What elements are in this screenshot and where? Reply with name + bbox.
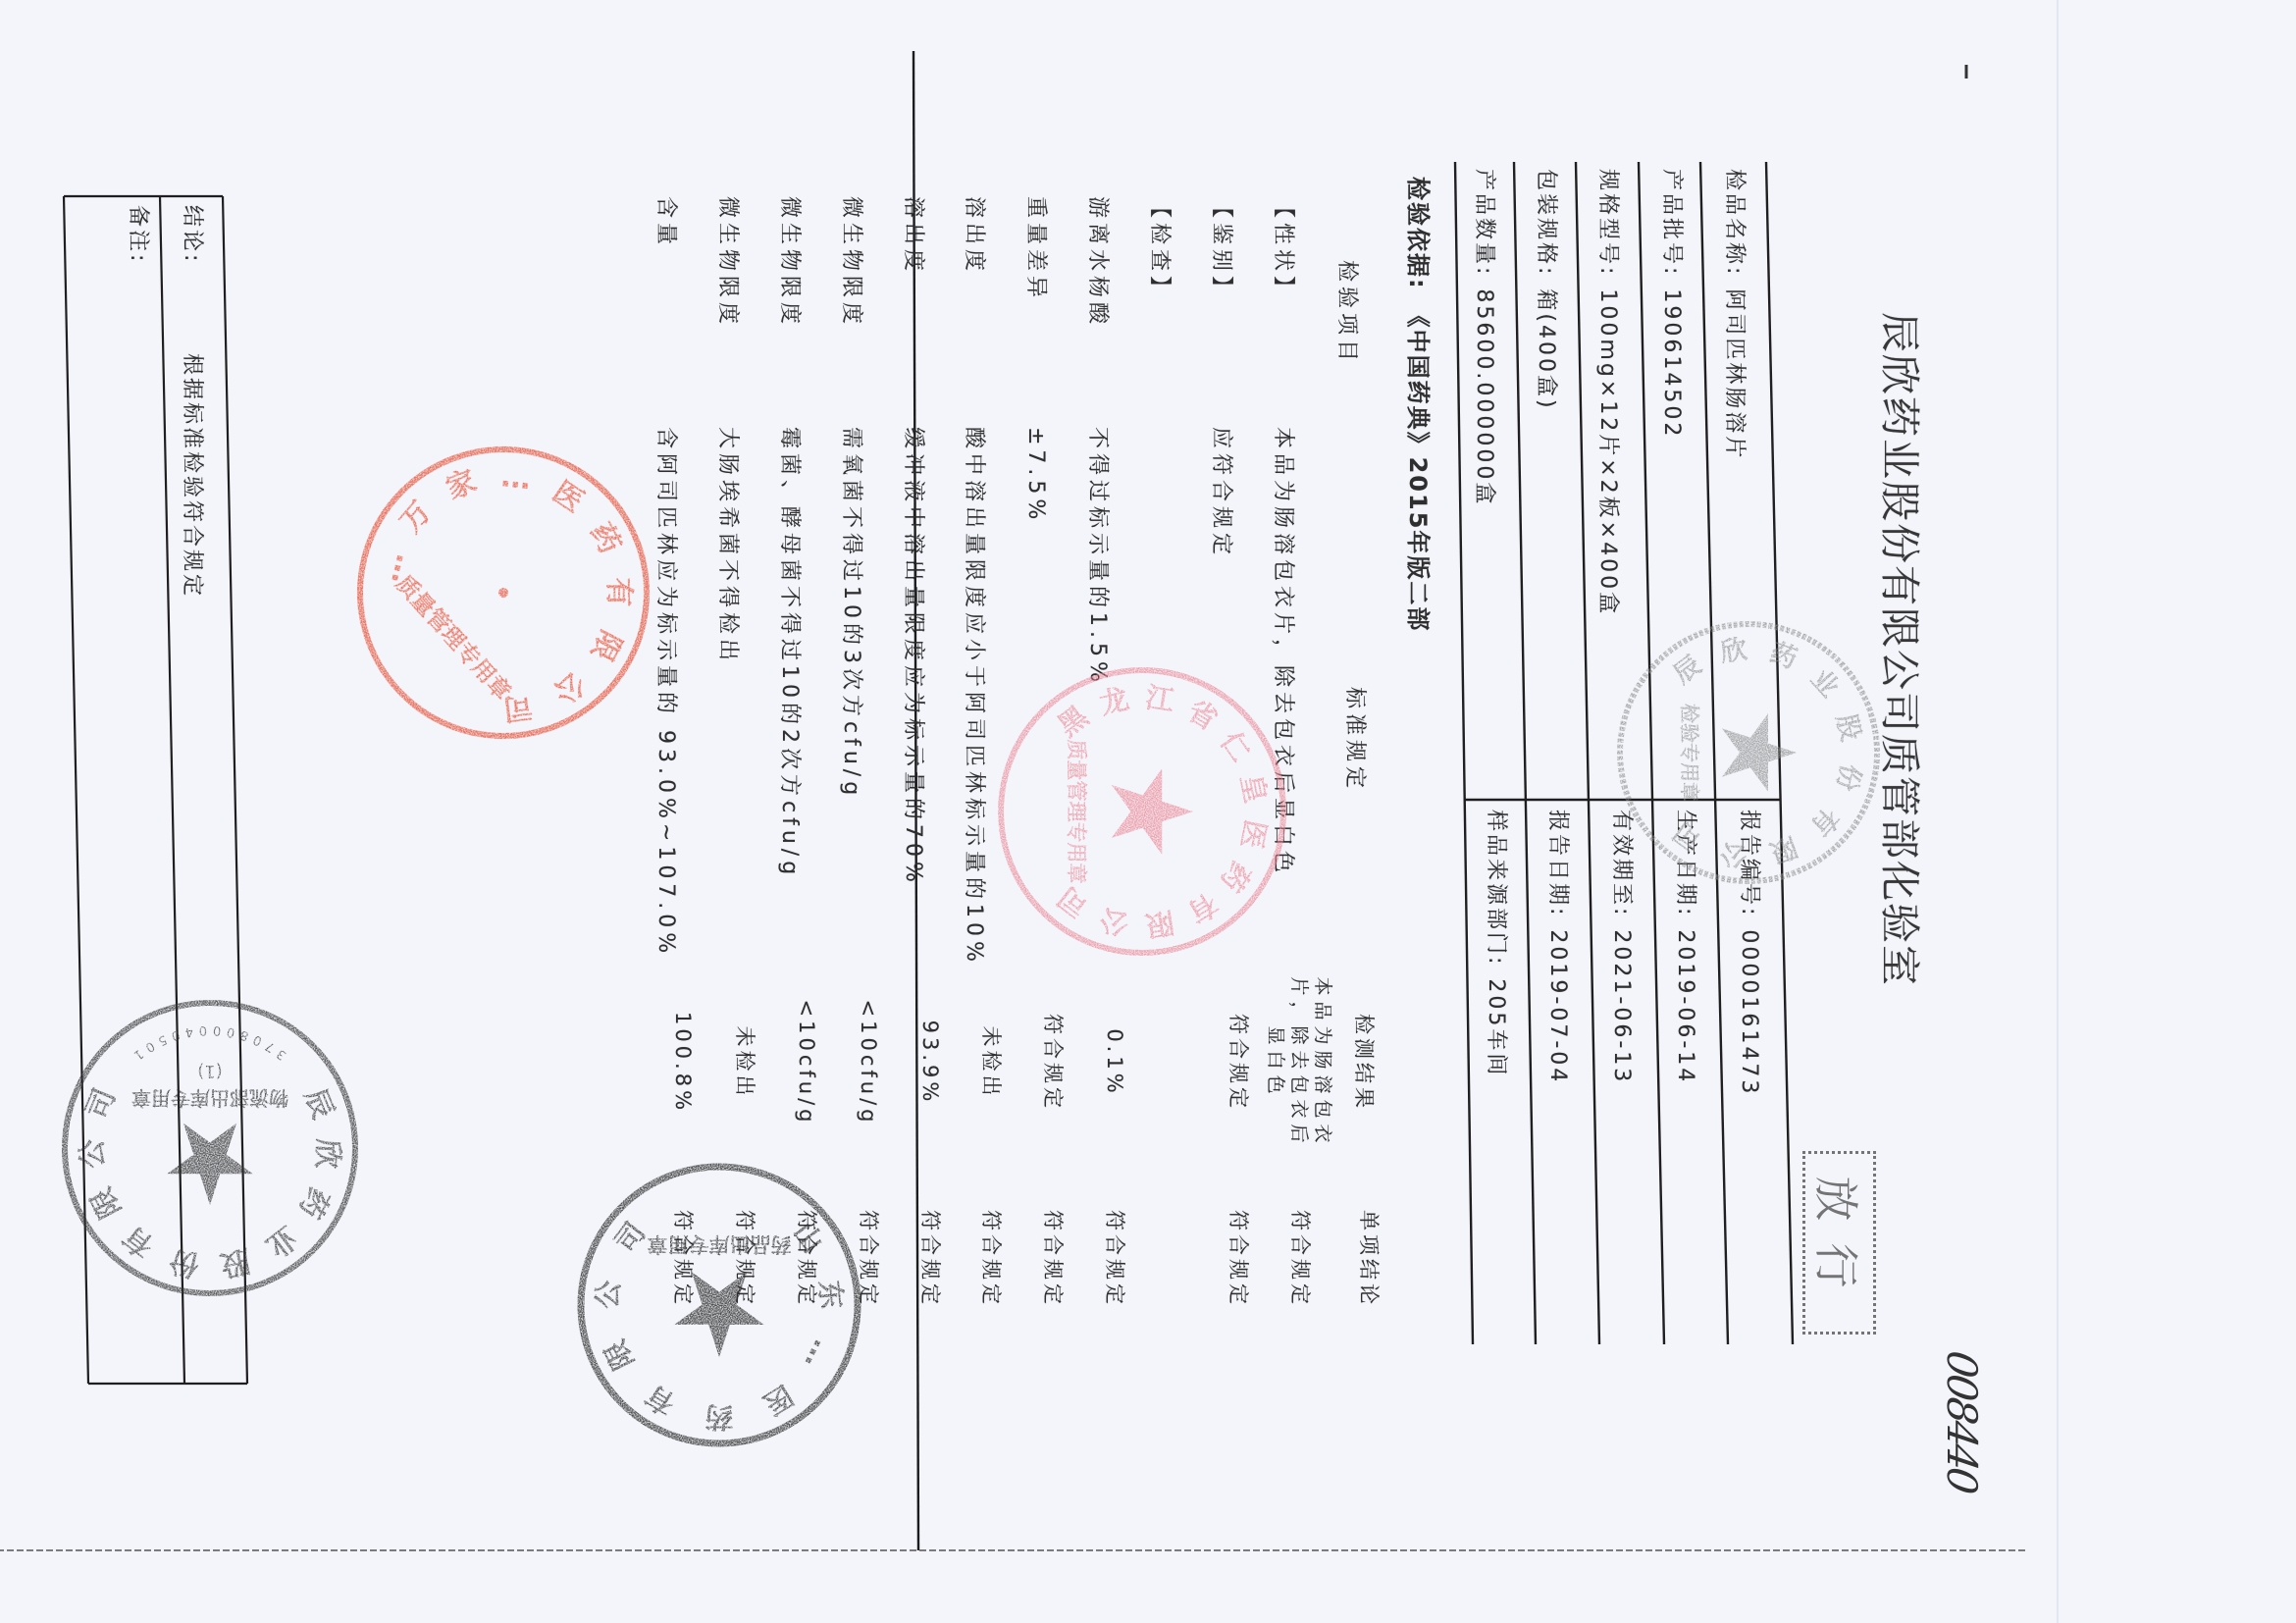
row-result: 100.8% [670,965,696,1161]
field-label: 规格型号: [1595,169,1620,277]
row-item: 【检查】 [1146,196,1172,302]
field-value: 2019-07-04 [1545,929,1570,1084]
row-result: 93.9% [917,965,943,1161]
row-result: <10cfu/g [856,965,881,1161]
row-result-line: 本品为肠溶包衣 [1311,965,1334,1161]
row-conclusion: 符合规定 [1040,1161,1066,1357]
field-value: 阿司匹林肠溶片 [1722,288,1747,460]
conclusion-value: 根据标准检验符合规定 [179,353,204,599]
row-item: 含量 [652,196,678,249]
row-item: 重量差异 [1022,196,1048,302]
row-conclusion: 符合规定 [1226,1161,1251,1357]
field-label: 检品名称: [1722,169,1747,277]
field-product-name: 检品名称:阿司匹林肠溶片 [1721,169,1747,460]
field-value: 85600.000000盒 [1472,288,1496,506]
field-report-date: 报告日期:2019-07-04 [1544,810,1570,1084]
row-item: 【性状】 [1270,196,1295,302]
row-standard: 缓冲液中溶出量限度应为标示量的70% [900,427,925,887]
row-result-line: 片，除去包衣后 [1287,965,1311,1161]
field-value: 2019-06-14 [1673,929,1697,1084]
column-header-standard: 标准规定 [1341,687,1367,793]
row-item: 游离水杨酸 [1084,196,1110,329]
stamp-code: 370800040501 [130,1022,289,1063]
row-result: 符合规定 [1226,965,1251,1161]
row-standard: 需氧菌不得过10的3次方cfu/g [838,427,863,800]
basis-value: 《中国药典》2015年版二部 [1404,304,1432,633]
field-quantity: 产品数量:85600.000000盒 [1471,169,1496,506]
row-conclusion: 符合规定 [978,1161,1004,1357]
row-result: 未检出 [732,965,757,1161]
row-item: 微生物限度 [838,196,863,329]
lab-stamp: 辰欣药业股份有限公司 检验专用章 [1606,610,1891,895]
field-label: 样品来源部门: [1484,810,1508,967]
row-standard: 酸中溶出量限度应小于阿司匹林标示量的10% [961,427,986,967]
row-item: 溶出度 [961,196,986,276]
stamp-center-text: 检验专用章 [1678,704,1701,802]
field-value: 箱(400盒) [1534,288,1558,410]
release-stamp-text: 放行 [1807,1177,1872,1310]
release-stamp: 放行 [1802,1151,1876,1335]
field-sample-source: 样品来源部门:205车间 [1483,810,1508,1077]
handwritten-number: 008440 [1937,1347,1986,1493]
row-item: 【鉴别】 [1208,196,1233,302]
stamp-center-dot [496,586,510,600]
row-result: 0.1% [1102,965,1127,1161]
field-label: 包装规格: [1534,169,1558,277]
row-result: 本品为肠溶包衣 片，除去包衣后 显白色 [1264,965,1334,1161]
stamp-center-text: 物流部出库专用章 [131,1086,288,1110]
black-outbound-stamp: 山东…医药有限公司 药品出库专用章 [567,1153,871,1457]
svg-text:370800040501: 370800040501 [130,1022,289,1063]
row-result: <10cfu/g [794,965,819,1161]
row-item: 微生物限度 [714,196,740,329]
row-result-line: 显白色 [1264,965,1287,1161]
field-value: 205车间 [1484,978,1508,1077]
column-header-conclusion: 单项结论 [1356,1161,1382,1357]
star-icon [1722,713,1797,792]
stamp-center-text: 质量管理专用章 [1065,740,1088,884]
row-conclusion: 符合规定 [1287,1161,1313,1357]
row-conclusion: 符合规定 [1102,1161,1127,1357]
field-specification: 规格型号:100mg×12片×2板×400盒 [1594,169,1620,616]
column-header-result: 检测结果 [1351,965,1377,1161]
column-header-item: 检验项目 [1333,260,1359,366]
row-result: 未检出 [978,965,1004,1161]
row-standard: 不得过标示量的1.5% [1084,427,1110,687]
stamp-sub-text: (1) [197,1061,223,1081]
field-value: 100mg×12片×2板×400盒 [1595,288,1620,616]
star-icon [674,1272,763,1357]
row-item: 溶出度 [900,196,925,276]
row-conclusion: 符合规定 [917,1161,943,1357]
remarks-label: 备注: [125,205,150,264]
row-standard: 霉菌、酵母菌不得过10的2次方cfu/g [776,427,802,879]
row-standard: 含阿司匹林应为标示量的 93.0%~107.0% [652,427,678,958]
row-item: 微生物限度 [776,196,802,329]
row-standard: 应符合规定 [1208,427,1233,559]
star-icon [1112,768,1193,854]
inspection-basis: 检验依据:《中国药典》2015年版二部 [1405,177,1431,632]
row-result: 符合规定 [1040,965,1066,1161]
row-standard: ±7.5% [1022,427,1048,524]
stamp-center-text: 质量管理专用章 [391,570,516,706]
pink-quality-stamp: 黑龙江省仁皇医药有限公司 质量管理专用章 [987,656,1297,967]
field-packaging: 包装规格:箱(400盒) [1533,169,1558,411]
field-value: 2021-06-13 [1609,929,1634,1084]
row-standard: 大肠埃希菌不得检出 [714,427,740,665]
field-value: 0000161473 [1737,929,1761,1096]
stamp-center-text: 药品出库专用章 [648,1232,792,1256]
field-batch-number: 产品批号:190614502 [1658,169,1684,439]
chenxin-outbound-stamp: 辰欣药业股份有限公司 物流部出库专用章 (1) 370800040501 [51,989,369,1307]
conclusion-label: 结论: [179,205,204,264]
field-label: 产品批号: [1659,169,1684,277]
inspection-report-page: 辰欣药业股份有限公司质管部化验室 检品名称:阿司匹林肠溶片 产品批号:19061… [0,0,2296,1623]
field-value: 190614502 [1659,288,1684,439]
basis-label: 检验依据: [1404,177,1432,290]
field-label: 报告日期: [1545,810,1570,917]
star-icon [167,1124,252,1205]
field-label: 产品数量: [1472,169,1496,277]
